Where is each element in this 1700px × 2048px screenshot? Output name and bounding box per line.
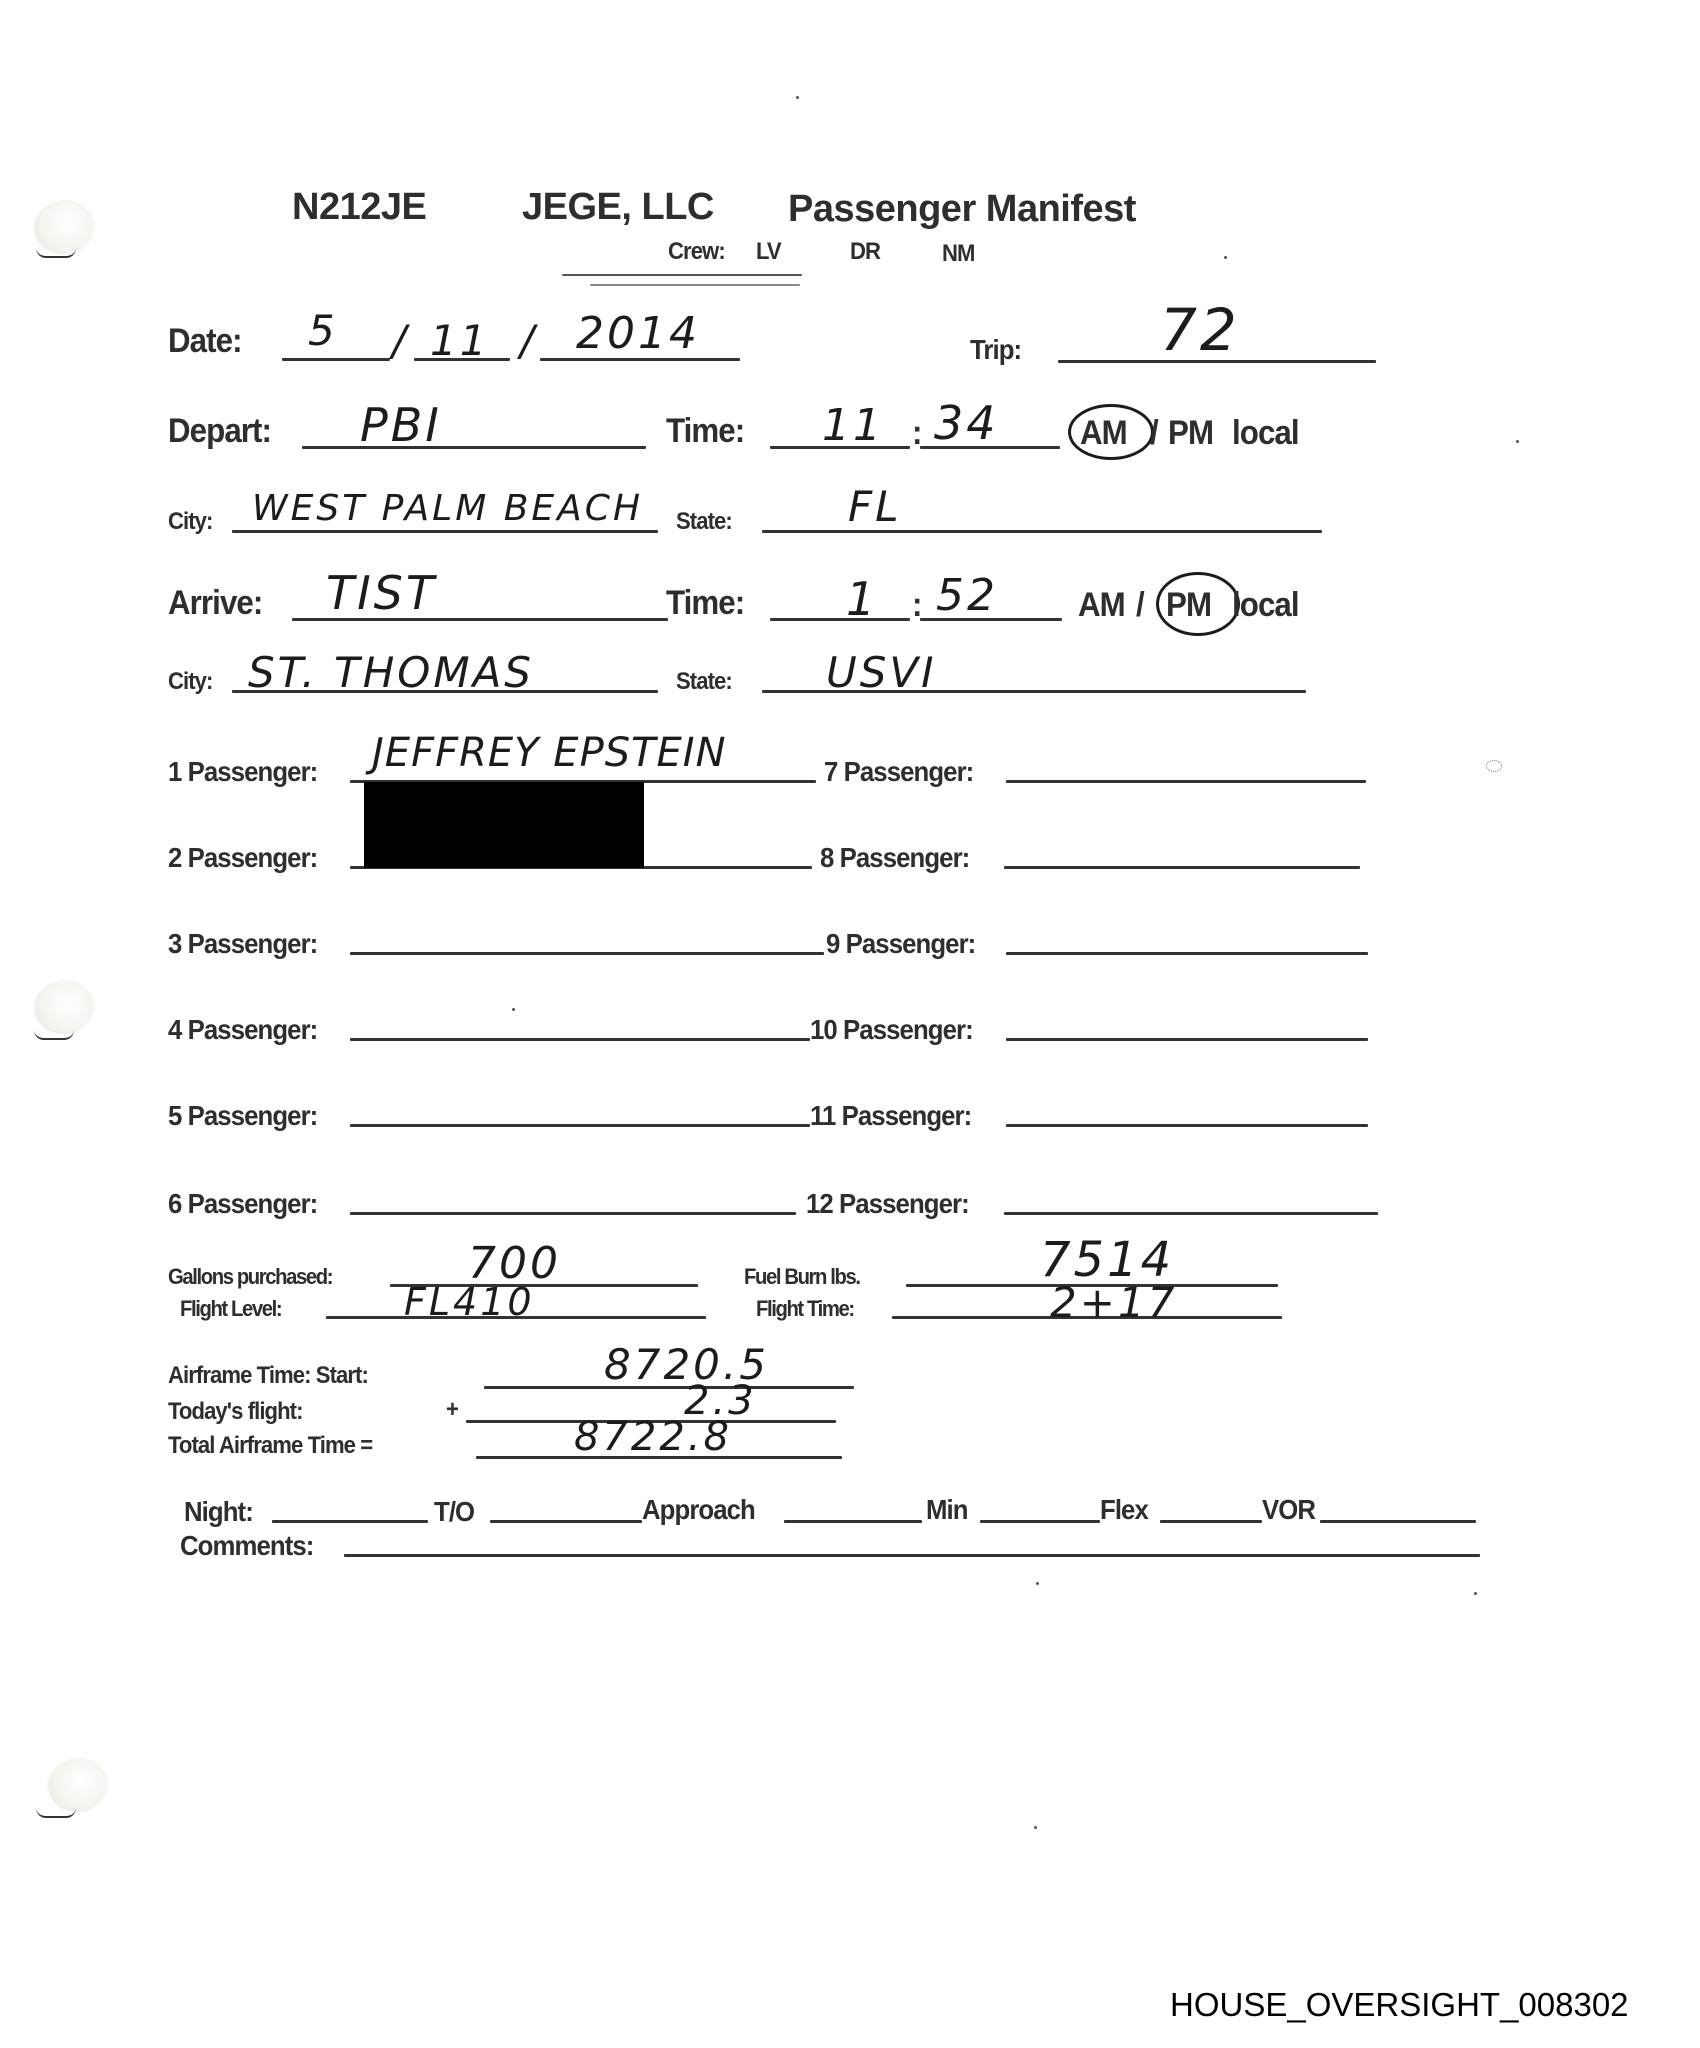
crew-member: NM — [942, 240, 975, 268]
passenger-2-label: 2 Passenger: — [168, 842, 317, 874]
company-name: JEGE, LLC — [522, 186, 714, 229]
passenger-12-label: 12 Passenger: — [806, 1188, 969, 1220]
header-underline — [562, 274, 802, 276]
passenger-1-value[interactable]: JEFFREY EPSTEIN — [372, 730, 727, 776]
flight-level-value[interactable]: FL410 — [404, 1280, 535, 1324]
form-title: Passenger Manifest — [788, 188, 1136, 231]
passenger-4-label: 4 Passenger: — [168, 1014, 317, 1046]
passenger-7-label: 7 Passenger: — [824, 756, 973, 788]
passenger-5-label: 5 Passenger: — [168, 1100, 317, 1132]
vor-label: VOR — [1262, 1494, 1315, 1526]
depart-city-line — [232, 530, 658, 533]
arrive-city-value[interactable]: ST. THOMAS — [248, 648, 534, 697]
date-month-line — [282, 358, 390, 361]
depart-state-line — [762, 530, 1322, 533]
to-line[interactable] — [490, 1520, 642, 1523]
passenger-8-label: 8 Passenger: — [820, 842, 969, 874]
passenger-9-line[interactable] — [1006, 952, 1368, 955]
depart-state-value[interactable]: FL — [848, 482, 902, 531]
flight-time-value[interactable]: 2+17 — [1050, 1278, 1177, 1327]
passenger-10-label: 10 Passenger: — [810, 1014, 973, 1046]
arrive-hour-value[interactable]: 1 — [846, 572, 878, 626]
punch-hole-mark — [36, 248, 76, 258]
scan-speck — [1036, 1582, 1039, 1585]
passenger-10-line[interactable] — [1006, 1038, 1368, 1041]
date-month-value[interactable]: 5 — [308, 306, 338, 355]
comments-label: Comments: — [180, 1530, 313, 1562]
night-label: Night: — [184, 1496, 253, 1528]
depart-time-label: Time: — [666, 412, 744, 451]
date-year-value[interactable]: 2014 — [576, 308, 700, 359]
scan-speck — [1516, 440, 1519, 443]
to-label: T/O — [434, 1496, 474, 1528]
airframe-start-label: Airframe Time: Start: — [168, 1362, 368, 1390]
approach-line[interactable] — [784, 1520, 922, 1523]
total-airframe-value[interactable]: 8722.8 — [574, 1414, 732, 1460]
passenger-3-line[interactable] — [350, 952, 824, 955]
tail-number: N212JE — [292, 186, 426, 229]
depart-am-circle — [1068, 404, 1154, 460]
depart-minute-value[interactable]: 34 — [934, 396, 999, 450]
scan-speck — [1224, 256, 1227, 259]
punch-hole-mark — [34, 1030, 74, 1040]
plus-sign: + — [446, 1396, 458, 1424]
arrive-state-label: State: — [676, 668, 732, 696]
trip-label: Trip: — [970, 334, 1021, 366]
depart-city-label: City: — [168, 508, 212, 536]
crew-member: LV — [756, 238, 781, 266]
depart-airport-value[interactable]: PBI — [360, 398, 442, 452]
night-line[interactable] — [272, 1520, 428, 1523]
min-label: Min — [926, 1494, 968, 1526]
depart-city-value[interactable]: WEST PALM BEACH — [252, 488, 643, 529]
passenger-11-line[interactable] — [1006, 1124, 1368, 1127]
flex-line[interactable] — [1160, 1520, 1262, 1523]
comments-line[interactable] — [344, 1554, 1480, 1557]
date-sep: / — [520, 316, 537, 365]
passenger-1-label: 1 Passenger: — [168, 756, 317, 788]
scan-speck — [1474, 1592, 1477, 1595]
scan-speck — [796, 96, 799, 99]
flex-label: Flex — [1100, 1494, 1148, 1526]
crew-member: DR — [850, 238, 880, 266]
passenger-2-redaction — [364, 782, 644, 868]
flight-time-label: Flight Time: — [756, 1296, 854, 1322]
passenger-3-label: 3 Passenger: — [168, 928, 317, 960]
time-colon: : — [912, 414, 922, 453]
header-underline — [590, 284, 800, 286]
passenger-4-line[interactable] — [350, 1038, 810, 1041]
arrive-am[interactable]: AM — [1078, 586, 1125, 625]
arrive-pm-circle — [1156, 572, 1240, 636]
passenger-12-line[interactable] — [1004, 1212, 1378, 1215]
passenger-7-line[interactable] — [1006, 780, 1366, 783]
todays-flight-label: Today's flight: — [168, 1398, 303, 1426]
arrive-label: Arrive: — [168, 584, 262, 623]
gallons-purchased-label: Gallons purchased: — [168, 1264, 332, 1290]
punch-hole-bottom — [50, 1758, 108, 1810]
flight-level-label: Flight Level: — [180, 1296, 281, 1322]
depart-pm[interactable]: PM — [1168, 414, 1213, 453]
depart-ampm-slash: / — [1150, 414, 1158, 453]
arrive-time-label: Time: — [666, 584, 744, 623]
scan-speck — [512, 1008, 515, 1011]
approach-label: Approach — [642, 1494, 755, 1526]
bates-number: HOUSE_OVERSIGHT_008302 — [1170, 1986, 1629, 2024]
punch-hole-top — [36, 200, 94, 252]
depart-state-label: State: — [676, 508, 732, 536]
date-sep: / — [392, 316, 409, 365]
depart-hour-value[interactable]: 11 — [822, 400, 884, 451]
trip-value[interactable]: 72 — [1160, 296, 1240, 364]
total-airframe-label: Total Airframe Time = — [168, 1432, 372, 1460]
scan-speck — [1034, 1826, 1037, 1829]
time-colon: : — [912, 586, 922, 625]
passenger-11-label: 11 Passenger: — [810, 1100, 971, 1132]
passenger-9-label: 9 Passenger: — [826, 928, 975, 960]
date-label: Date: — [168, 322, 242, 361]
passenger-6-line[interactable] — [350, 1212, 796, 1215]
arrive-local: local — [1232, 586, 1299, 625]
passenger-8-line[interactable] — [1004, 866, 1360, 869]
arrive-hour-line — [770, 618, 910, 621]
scan-speck — [1486, 760, 1502, 772]
arrive-minute-value[interactable]: 52 — [936, 570, 998, 621]
date-day-value[interactable]: 11 — [430, 316, 489, 365]
punch-hole-mark — [36, 1808, 76, 1818]
vor-line[interactable] — [1320, 1520, 1476, 1523]
arrive-state-value[interactable]: USVI — [826, 648, 937, 697]
manifest-page: N212JE JEGE, LLC Passenger Manifest Crew… — [0, 0, 1700, 2048]
arrive-city-label: City: — [168, 668, 212, 696]
arrive-ampm-slash: / — [1136, 586, 1144, 625]
arrive-airport-value[interactable]: TIST — [326, 566, 437, 620]
passenger-5-line[interactable] — [350, 1124, 810, 1127]
punch-hole-middle — [36, 980, 94, 1032]
depart-label: Depart: — [168, 412, 271, 451]
depart-line — [302, 446, 646, 449]
crew-label: Crew: — [668, 238, 725, 266]
depart-local: local — [1232, 414, 1299, 453]
min-line[interactable] — [980, 1520, 1100, 1523]
fuel-burn-label: Fuel Burn lbs. — [744, 1264, 860, 1290]
passenger-6-label: 6 Passenger: — [168, 1188, 317, 1220]
